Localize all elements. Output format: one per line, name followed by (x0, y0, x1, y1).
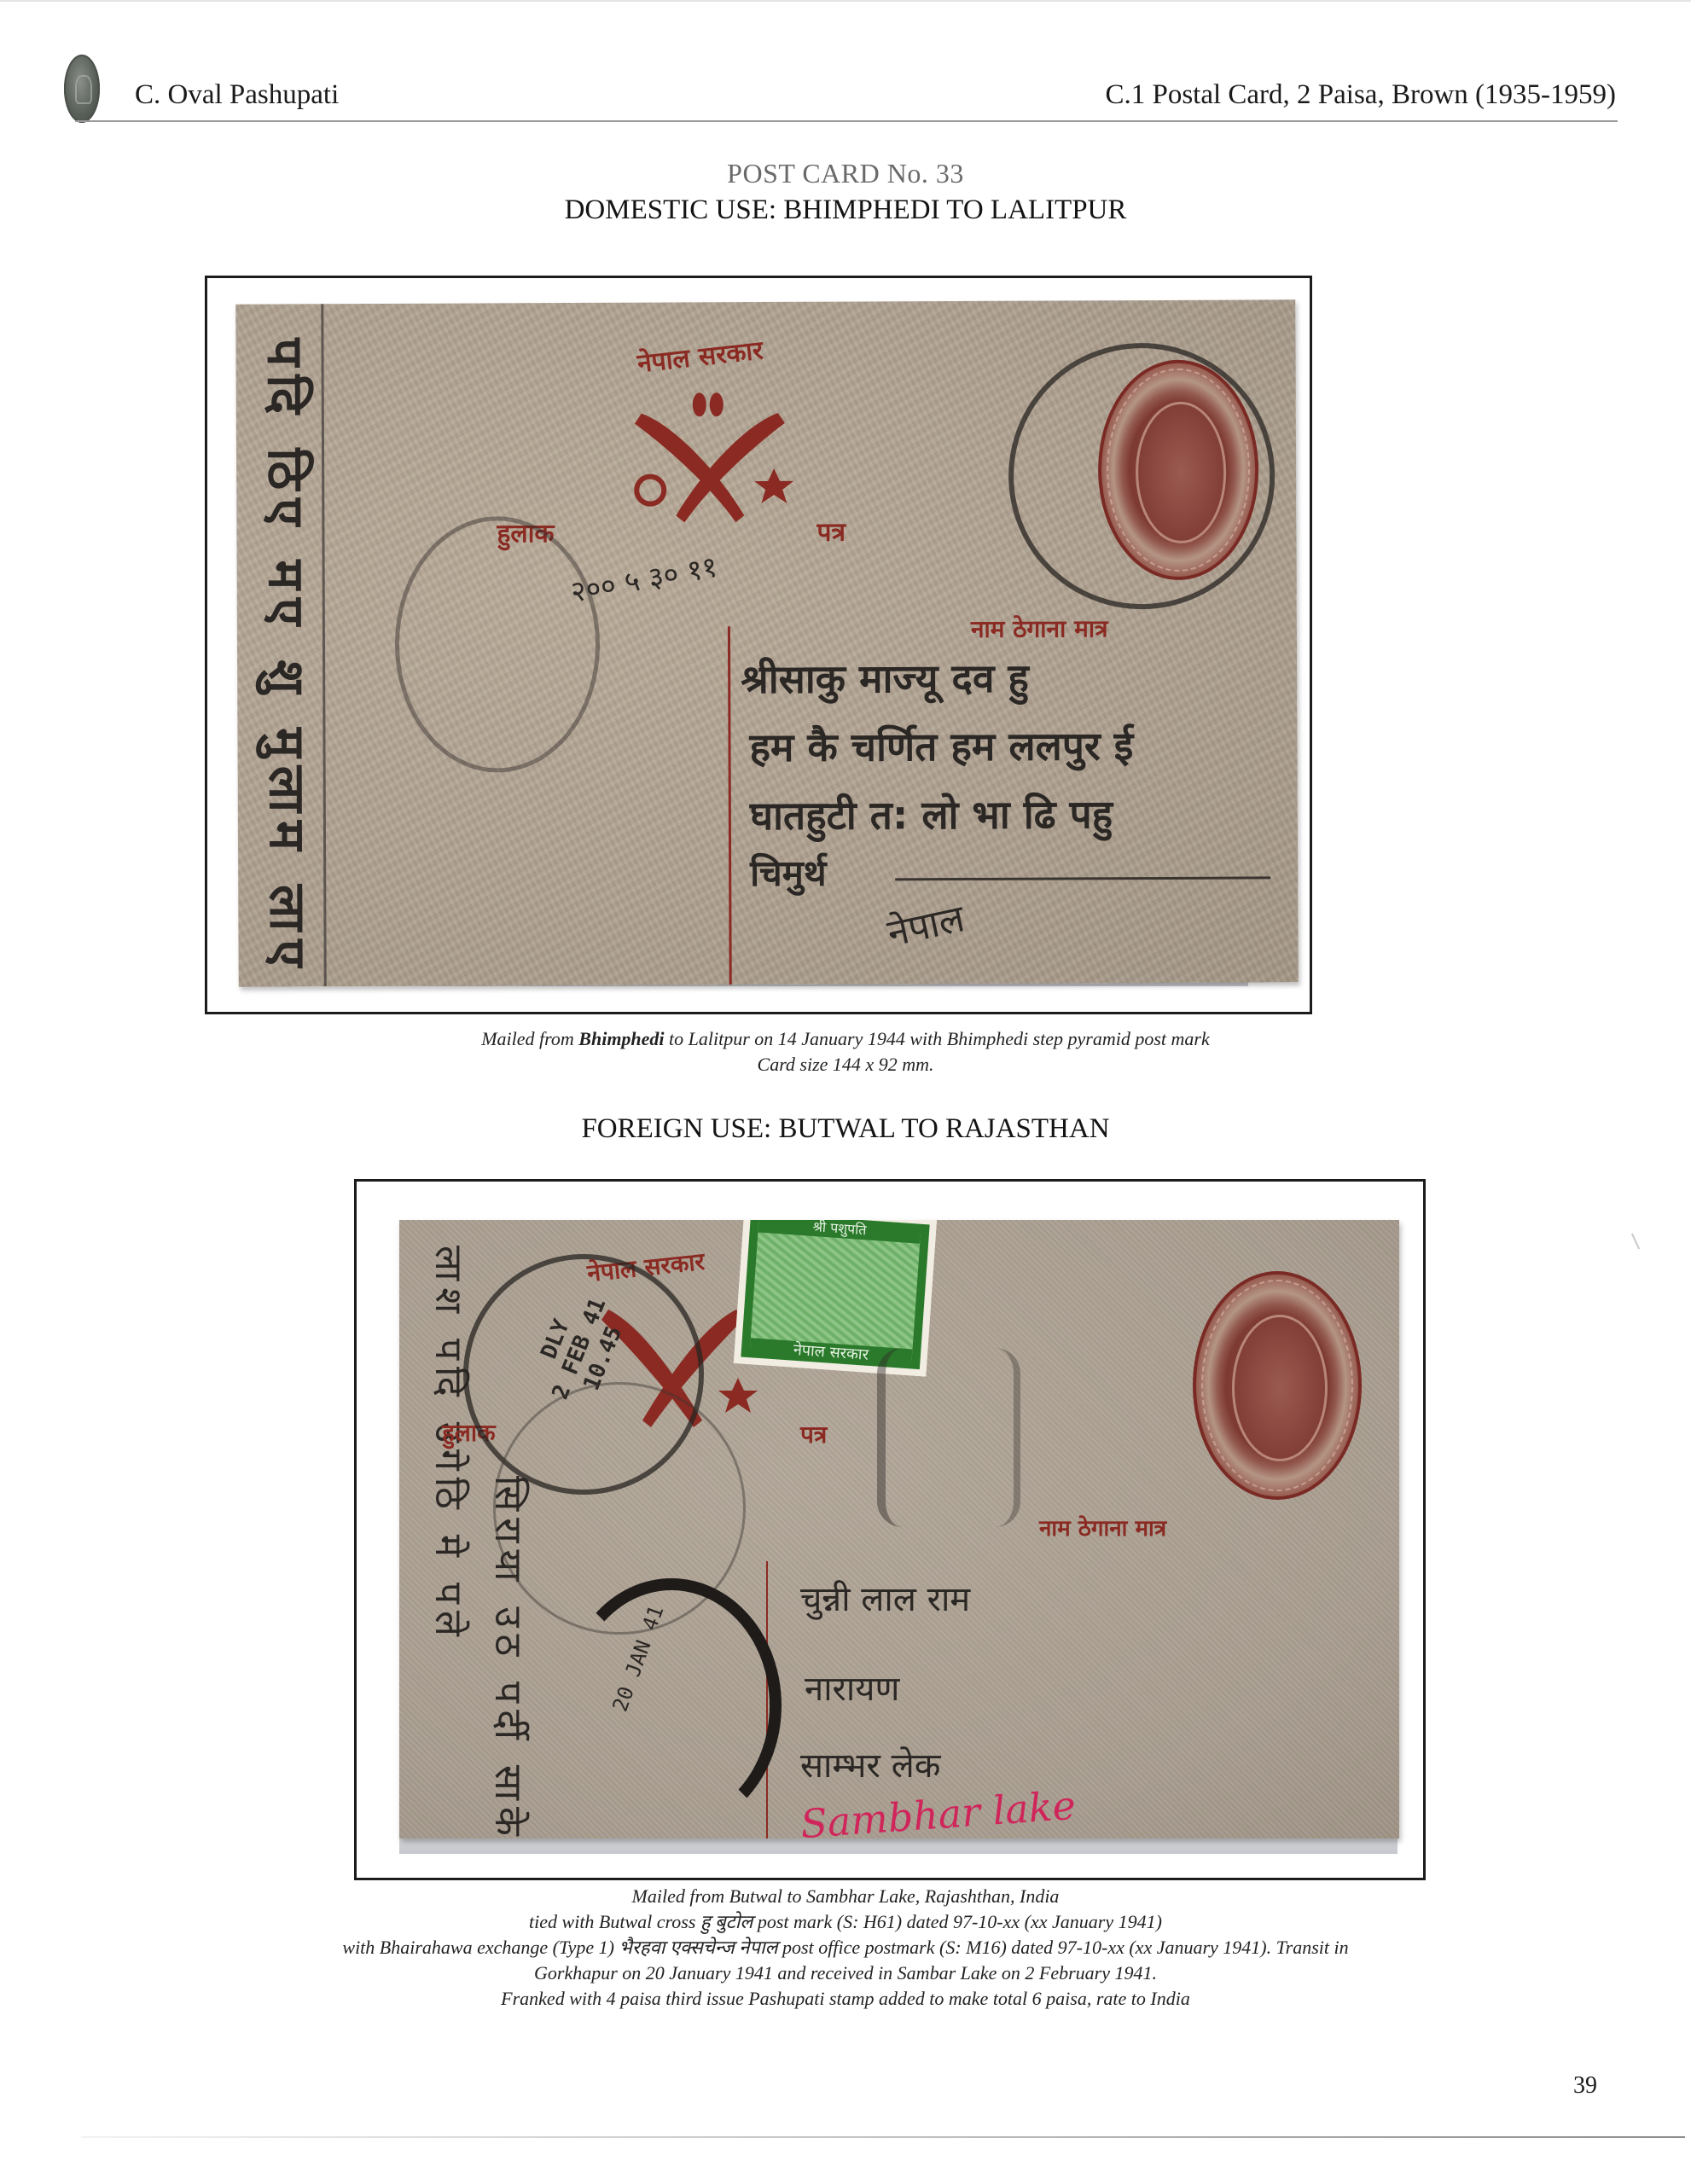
card-backing-strip (399, 1838, 1398, 1854)
caption-line-3: with Bhairahawa exchange (Type 1) भैरहवा… (0, 1935, 1691, 1960)
address-footer-nepal: नेपाल (882, 891, 968, 957)
stamp-top-text: श्री पशुपति (758, 1220, 921, 1244)
address-underline (895, 876, 1270, 880)
address-line-4: चिमुर्थ (750, 848, 827, 897)
card-frame-domestic: पदि ठिए मए शु मुलाम लाए नेपाल सरकार हुला… (205, 276, 1312, 1014)
caption-domestic: Mailed from Bhimphedi to Lalitpur on 14 … (0, 1026, 1691, 1077)
printed-address-label: नाम ठेगाना मात्र (1039, 1512, 1166, 1542)
red-handwriting-sambhar-lake: Sambhar lake (799, 1782, 1078, 1838)
caption-line-5: Franked with 4 paisa third issue Pashupa… (0, 1986, 1691, 2012)
address-line-3: साम्भर लेक (800, 1740, 940, 1787)
printed-nepal-sarkar: नेपाल सरकार (636, 331, 764, 380)
postal-card-domestic: पदि ठिए मए शु मुलाम लाए नेपाल सरकार हुला… (235, 299, 1298, 986)
printed-address-label: नाम ठेगाना मात्र (971, 612, 1108, 645)
section-title-domestic: DOMESTIC USE: BHIMPHEDI TO LALITPUR (0, 195, 1691, 226)
caption-foreign: Mailed from Butwal to Sambhar Lake, Raja… (0, 1884, 1691, 2012)
top-rule (0, 0, 1691, 2)
address-line-1: श्रीसाकु माज्यू दव हु (741, 651, 1029, 705)
pashupati-indicia-stamp (1098, 359, 1259, 580)
header-left-title: C. Oval Pashupati (135, 79, 339, 111)
address-divider (728, 626, 732, 985)
address-line-2: हम कै चर्णित हम ललपुर ई (749, 718, 1133, 773)
section-title-foreign: FOREIGN USE: BUTWAL TO RAJASTHAN (0, 1113, 1691, 1145)
card-frame-foreign: लाश पदि उगेठि मे पले सिराया उठ पर्दी साक… (354, 1179, 1426, 1880)
side-handwriting: पदि ठिए मए शु मुलाम लाए (253, 338, 323, 975)
caption-line-1: Mailed from Butwal to Sambhar Lake, Raja… (0, 1884, 1691, 1909)
address-line-3: घातहुटी त: लो भा ढि पहु (750, 787, 1113, 841)
printed-patra-label: पत्र (800, 1418, 827, 1450)
crossed-kukri-emblem-icon (616, 387, 805, 533)
postal-card-foreign: लाश पदि उगेठि मे पले सिराया उठ पर्दी साक… (399, 1220, 1399, 1838)
header-rule (75, 120, 1618, 122)
butwal-cross-postmark (877, 1348, 1020, 1527)
caption-line-4: Gorkhapur on 20 January 1941 and receive… (0, 1960, 1691, 1986)
pashupati-indicia-stamp (1193, 1271, 1362, 1500)
footer-rule (81, 2136, 1685, 2138)
gorakhpur-transit-postmark (561, 1578, 782, 1833)
handwritten-notation: २०० ५ ३० ११ (567, 546, 720, 611)
caption-line-2: tied with Butwal cross हु बुटोल post mar… (0, 1909, 1691, 1935)
oval-pashupati-seal-icon (64, 55, 100, 123)
page-number: 39 (1573, 2072, 1597, 2100)
post-card-number: POST CARD No. 33 (0, 158, 1691, 189)
address-line-1: चुन्नी लाल राम (800, 1574, 970, 1621)
header-right-title: C.1 Postal Card, 2 Paisa, Brown (1935-19… (1105, 79, 1616, 111)
pyramid-postmark-faint (394, 516, 600, 773)
scan-artifact-mark (1631, 1234, 1640, 1250)
caption-line-1: Mailed from Bhimphedi to Lalitpur on 14 … (0, 1026, 1691, 1052)
address-line-2: नारायण (805, 1664, 899, 1711)
printed-patra-label: पत्र (816, 514, 845, 549)
caption-line-2: Card size 144 x 92 mm. (0, 1052, 1691, 1077)
